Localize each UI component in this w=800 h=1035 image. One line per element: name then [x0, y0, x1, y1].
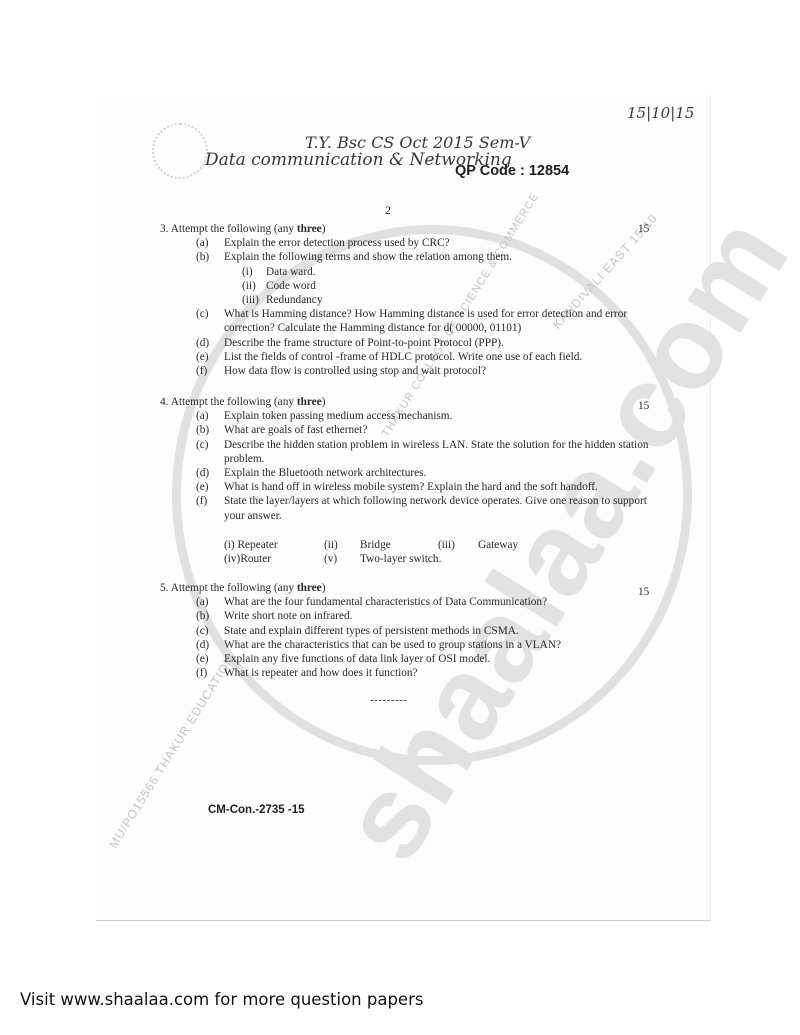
marks: 15	[638, 399, 649, 413]
question-5: 5. Attempt the following (any three) 15 …	[160, 581, 650, 680]
device-options-row: (i) Repeater (ii) Bridge (iii) Gateway (…	[160, 538, 650, 566]
page-number: 2	[385, 203, 391, 218]
question-item: (e)List the fields of control -frame of …	[160, 350, 650, 364]
question-item: (e)Explain any five functions of data li…	[160, 652, 650, 666]
marks: 15	[638, 585, 649, 599]
question-item: (c)Describe the hidden station problem i…	[160, 438, 650, 466]
question-4: 4. Attempt the following (any three) 15 …	[160, 395, 650, 523]
marks: 15	[638, 222, 649, 236]
question-number: 3.	[160, 223, 168, 235]
question-number: 5.	[160, 582, 168, 594]
question-item: (f)How data flow is controlled using sto…	[160, 364, 650, 378]
question-item: (f)State the layer/layers at which follo…	[160, 494, 650, 522]
question-item: (f)What is repeater and how does it func…	[160, 666, 650, 680]
sub-item: (i)Data ward.	[242, 265, 650, 279]
footer-promo-text: Visit www.shaalaa.com for more question …	[20, 990, 423, 1009]
question-item: (b)Explain the following terms and show …	[160, 250, 650, 264]
handwritten-date: 15|10|15	[627, 104, 694, 122]
sub-list: (i)Data ward. (ii)Code word (iii)Redunda…	[160, 265, 650, 308]
sub-item: (ii)Code word	[242, 279, 650, 293]
question-3: 3. Attempt the following (any three) 15 …	[160, 222, 650, 378]
paper-code: CM-Con.-2735 -15	[208, 804, 305, 816]
question-item: (d)Explain the Bluetooth network archite…	[160, 466, 650, 480]
question-item: (e)What is hand off in wireless mobile s…	[160, 480, 650, 494]
end-of-paper-marker: ---------	[370, 694, 407, 706]
question-heading: 3. Attempt the following (any three) 15	[160, 222, 650, 236]
qp-code: QP Code : 12854	[455, 163, 569, 179]
question-number: 4.	[160, 396, 168, 408]
question-item: (b)What are goals of fast ethernet?	[160, 423, 650, 437]
question-item: (a)What are the four fundamental charact…	[160, 595, 650, 609]
question-heading: 4. Attempt the following (any three) 15	[160, 395, 650, 409]
question-item: (c)State and explain different types of …	[160, 624, 650, 638]
sub-item: (iii)Redundancy	[242, 293, 650, 307]
question-item: (a)Explain token passing medium access m…	[160, 409, 650, 423]
question-item: (d)What are the characteristics that can…	[160, 638, 650, 652]
question-item: (a)Explain the error detection process u…	[160, 236, 650, 250]
question-heading: 5. Attempt the following (any three) 15	[160, 581, 650, 595]
question-item: (b)Write short note on infrared.	[160, 609, 650, 623]
stamp-seal-icon	[152, 123, 208, 179]
question-item: (d)Describe the frame structure of Point…	[160, 336, 650, 350]
question-item: (c)What is Hamming distance? How Hamming…	[160, 307, 650, 335]
